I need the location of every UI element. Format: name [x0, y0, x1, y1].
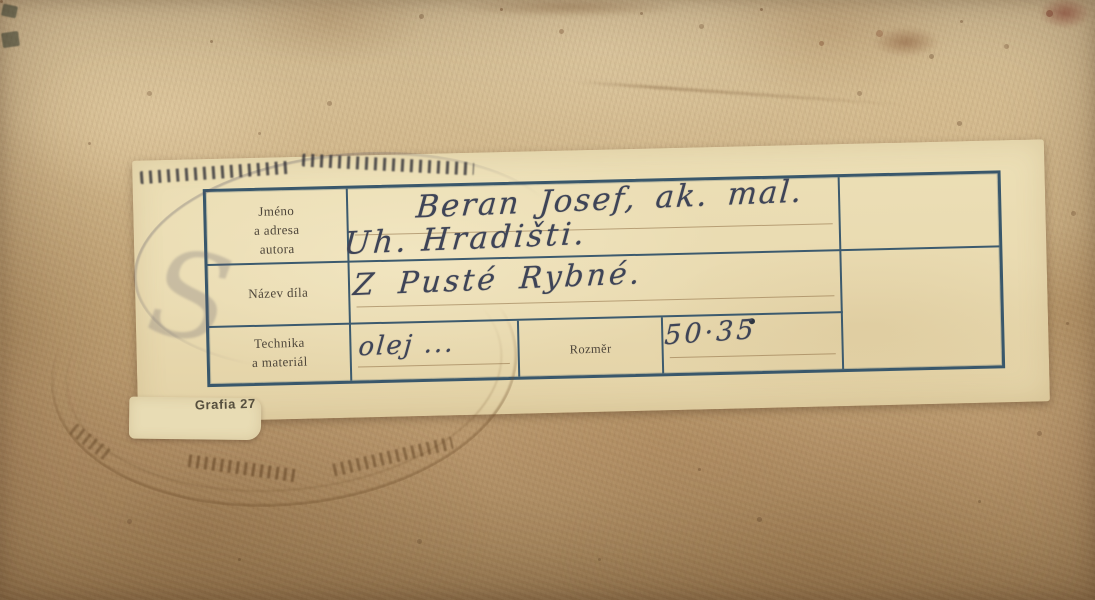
field-size: Rozměr	[519, 338, 661, 360]
corner-mark	[1, 4, 18, 19]
stain-top-right	[1030, 0, 1095, 34]
dirt-speckles	[0, 0, 3, 3]
handwritten-size: 50·35	[664, 314, 757, 351]
crease-line	[575, 80, 909, 106]
stain-top-center	[430, 0, 710, 20]
corner-mark	[1, 31, 20, 48]
cardboard-back-photo: Jméno a adresa autora Název díla Technik…	[0, 0, 1095, 600]
stain-top-right-2	[862, 22, 950, 62]
table-rule	[838, 177, 845, 369]
writing-guide-line	[670, 353, 836, 358]
